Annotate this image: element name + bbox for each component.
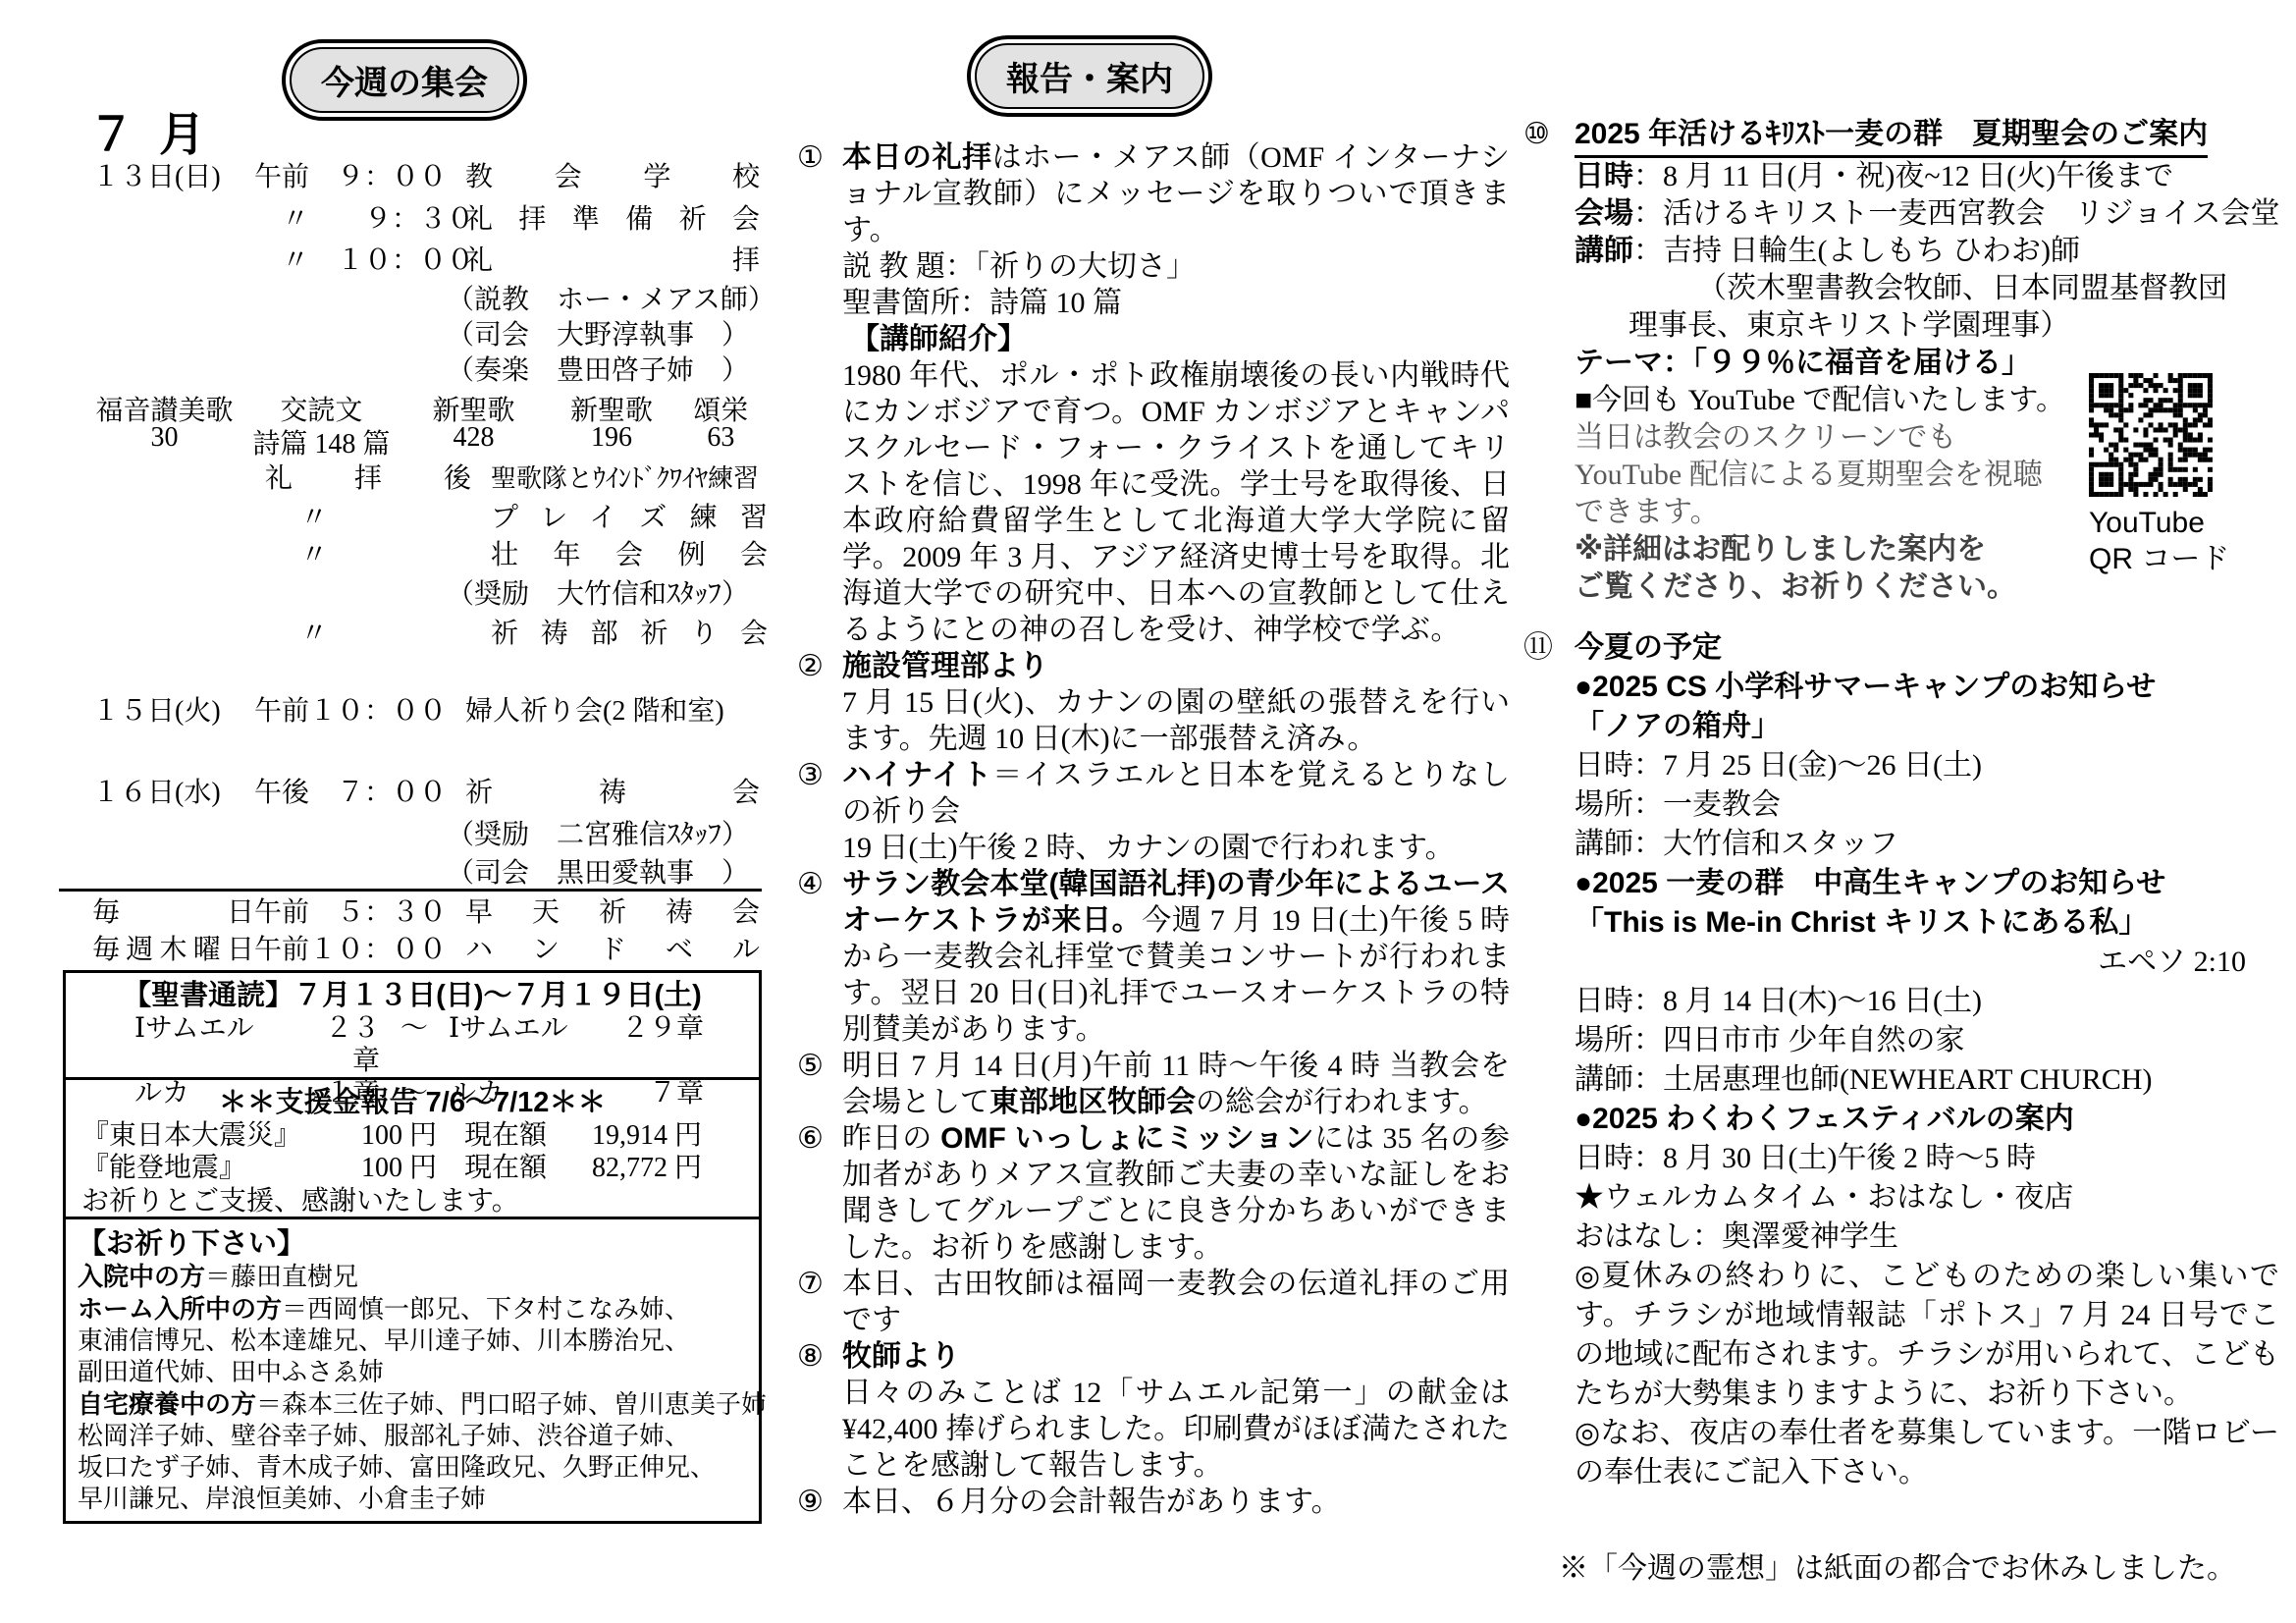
festival-datetime: 日時：8 月 30 日(土)午後 2 時～5 時	[1523, 1139, 2279, 1178]
item-number: ①	[797, 139, 824, 176]
speaker-affiliation-line: 理事長、東京キリスト学園理事）	[1523, 307, 2279, 345]
item-number: ③	[797, 757, 824, 793]
schedule-date	[92, 202, 254, 238]
prayer-category: ホーム入所中の方	[78, 1294, 282, 1324]
summer-plans-section: ⑪ 今夏の予定 ●2025 CS 小学科サマーキャンプのお知らせ 「ノアの箱舟」…	[1523, 628, 2279, 1492]
prayer-line: 早川謙兄、岸浪恒美姉、小倉圭子姉	[78, 1484, 747, 1515]
hymn-number: 詩篇 148 篇	[240, 422, 402, 461]
organist-note: （奏楽 豊田啓子姉 ）	[447, 353, 749, 389]
prayer-category: 入院中の方	[78, 1262, 205, 1291]
youtube-qr-block: YouTube QR コード	[2089, 373, 2266, 577]
bulletin-page: 今週の集会 報告・案内 ７ 月 １３日(日) 午前 ９：００ 教会学校 〃 ９：…	[0, 0, 2296, 1623]
schedule-date: 毎日	[92, 895, 254, 931]
festival-storyteller: おはなし：奥澤愛神学生	[1523, 1217, 2279, 1257]
schedule-event: 教会学校	[465, 160, 760, 195]
after-worship-row: 〃 壮年会例会	[59, 538, 764, 573]
support-report-title: ＊＊支援金報告 7/6～7/12＊＊	[66, 1086, 759, 1119]
report-text: 7 月 15 日(火)、カナンの園の壁紙の張替えを行います。先週 10 日(木)…	[797, 684, 1510, 757]
after-worship-event: 壮年会例会	[491, 538, 768, 573]
report-text: 本日、６月分の会計報告があります。	[842, 1486, 1341, 1518]
festival-volunteer-note: ◎なお、夜店の奉仕者を募集しています。一階ロビーの奉仕表にご記入下さい。	[1523, 1414, 2279, 1492]
schedule-event: 婦人祈り会(2 階和室)	[465, 694, 760, 730]
report-text: 昨日の	[842, 1122, 940, 1155]
reports-badge: 報告・案内	[967, 35, 1212, 117]
schedule-time: 〃 １０：００	[254, 243, 465, 279]
camp-datetime: 日時：7 月 25 日(金)～26 日(土)	[1523, 746, 2279, 785]
report-bold-lead: 東部地区牧師会	[989, 1086, 1196, 1118]
scripture-reference: エペソ 2:10	[1523, 943, 2279, 982]
schedule-detail-row: （奨励 二宮雅信ｽﾀｯﾌ）	[59, 818, 764, 853]
support-row: 『能登地震』 100 円 現在額 82,772 円	[66, 1152, 759, 1184]
report-item-9: ⑨本日、６月分の会計報告があります。	[797, 1484, 1510, 1520]
report-bold-lead: OMF いっしょにミッション	[940, 1122, 1314, 1155]
fund-total-label: 現在額	[437, 1119, 574, 1152]
report-item-4: ④サラン教会本堂(韓国語礼拝)の青少年によるユースオーケストラが来日。今週 7 …	[797, 866, 1510, 1048]
schedule-event: 祈祷会	[465, 776, 760, 811]
prayer-line: 東浦信博兄、松本達雄兄、早川達子姉、川本勝治兄、	[78, 1325, 747, 1357]
report-item-6: ⑥昨日の OMF いっしょにミッションには 35 名の参加者がありメアス宣教師ご…	[797, 1120, 1510, 1266]
camp-speaker: 講師：大竹信和スタッフ	[1523, 825, 2279, 864]
hymn-number: 63	[678, 422, 764, 461]
encourager-note: （奨励 大竹信和ｽﾀｯﾌ）	[447, 577, 749, 613]
prayer-names: 坂口たず子姉、青木成子姉、富田隆政兄、久野正伸兄、	[78, 1453, 716, 1482]
schedule-row: １５日(火) 午前１０：００ 婦人祈り会(2 階和室)	[59, 694, 764, 730]
schedule-time: 午前 ５：３０	[254, 895, 465, 931]
divider-line	[59, 889, 762, 892]
bible-reading-row: Ⅰサムエル ２３章 ～ Ⅰサムエル ２９章	[66, 1012, 759, 1077]
prayer-names: ＝藤田直樹兄	[205, 1263, 358, 1291]
support-row: 『東日本大震災』 100 円 現在額 19,914 円	[66, 1119, 759, 1152]
month-heading: ７ 月	[88, 98, 211, 164]
prayer-line: 坂口たず子姉、青木成子姉、富田隆政兄、久野正伸兄、	[78, 1452, 747, 1484]
fund-total: 19,914 円	[574, 1119, 702, 1152]
qr-caption: QR コード	[2089, 541, 2266, 577]
after-worship-row: 〃 プレイズ練習	[59, 501, 764, 536]
field-value: ：活けるキリスト一麦西宮教会 リジョイス会堂	[1633, 197, 2280, 230]
camp-announcement-title: ●2025 一麦の群 中高生キャンプのお知らせ	[1523, 864, 2279, 903]
ditto-mark: 〃	[294, 538, 334, 573]
schedule-detail-row: （司会 黒田愛執事 ）	[59, 856, 764, 892]
report-item-7: ⑦本日、古田牧師は福岡一麦教会の伝道礼拝のご用です	[797, 1266, 1510, 1338]
camp-announcement-title: ●2025 CS 小学科サマーキャンプのお知らせ	[1523, 668, 2279, 707]
festival-program: ★ウェルカムタイム・おはなし・夜店	[1523, 1178, 2279, 1217]
prayer-line: 松岡洋子姉、壁谷幸子姉、服部礼子姉、渋谷道子姉、	[78, 1421, 747, 1452]
report-text: の総会が行われます。	[1196, 1086, 1488, 1118]
prayer-line: ホーム入所中の方＝西岡慎一郎兄、下タ村こなみ姉、	[78, 1293, 747, 1325]
camp-place: 場所：四日市市 少年自然の家	[1523, 1021, 2279, 1060]
speaker-intro-heading: 【講師紹介】	[797, 321, 1510, 357]
after-worship-event: 聖歌隊とｳｲﾝﾄﾞｸﾜｲﾔ練習	[491, 461, 777, 497]
camp-theme: 「This is Me-in Christ キリストにある私」	[1523, 903, 2279, 943]
festival-description: ◎夏休みの終わりに、こどものための楽しい集いです。チラシが地域情報誌「ポトス」7…	[1523, 1257, 2279, 1414]
after-worship-row: 礼拝後 聖歌隊とｳｲﾝﾄﾞｸﾜｲﾔ練習	[59, 461, 764, 497]
chapter: ２３章	[301, 1012, 380, 1077]
report-item-2: ②施設管理部より	[797, 648, 1510, 684]
prayer-request-box: 【お祈り下さい】 入院中の方＝藤田直樹兄 ホーム入所中の方＝西岡慎一郎兄、下タ村…	[63, 1219, 762, 1524]
speaker-affiliation-line: （茨木聖書教会牧師、日本同盟基督教団	[1523, 270, 2279, 307]
tilde: ～	[380, 1012, 449, 1077]
schedule-time: 午前１０：００	[254, 694, 465, 730]
after-worship-row: 〃 祈祷部祈り会	[59, 617, 764, 652]
fund-total: 82,772 円	[574, 1152, 702, 1184]
schedule-date: 毎週木曜日	[92, 933, 254, 968]
schedule-event: ハンドベル	[465, 933, 760, 968]
schedule-date: １３日(日)	[92, 160, 254, 195]
prayer-line: 副田道代姉、田中ふさゑ姉	[78, 1357, 747, 1388]
report-bold-lead: 施設管理部より	[842, 650, 1048, 682]
camp-speaker: 講師：土居惠理也師(NEWHEART CHURCH)	[1523, 1060, 2279, 1100]
qr-caption: YouTube	[2089, 505, 2266, 541]
festival-announcement-title: ●2025 わくわくフェスティバルの案内	[1523, 1100, 2279, 1139]
item-number: ⑧	[797, 1338, 824, 1375]
item-number: ⑦	[797, 1266, 824, 1302]
report-bold-lead: 本日の礼拝	[842, 141, 992, 174]
hymn-number: 30	[88, 422, 240, 461]
item-number: ④	[797, 866, 824, 902]
scripture-line: 聖書箇所：詩篇 10 篇	[797, 285, 1510, 321]
preacher-note: （説教 ホー・メアス師）	[447, 283, 775, 318]
schedule-row: 毎週木曜日 午前１０：００ ハンドベル	[59, 933, 764, 968]
sermon-title-line: 説 教 題：「祈りの大切さ」	[797, 248, 1510, 285]
schedule-event: 礼拝準備祈会	[465, 202, 760, 238]
after-worship-label: 礼拝後	[265, 461, 471, 497]
report-item-3: ③ハイナイト＝イスラエルと日本を覚えるとりなしの祈り会	[797, 757, 1510, 830]
report-bold-lead: 牧師より	[842, 1340, 960, 1373]
prayer-line: 自宅療養中の方＝森本三佐子姉、門口昭子姉、曽川恵美子姉	[78, 1388, 747, 1421]
schedule-time: 午後 ７：００	[254, 776, 465, 811]
event-datetime-line: 日時：8 月 11 日(月・祝)夜~12 日(火)午後まで	[1523, 158, 2279, 195]
item-number: ⑤	[797, 1048, 824, 1084]
reports-column: ①本日の礼拝はホー・メアス師（OMF インターナショナル宣教師）にメッセージを取…	[797, 139, 1510, 1520]
prayer-names: 早川謙兄、岸浪恒美姉、小倉圭子姉	[78, 1485, 486, 1513]
fund-name: 『能登地震』	[81, 1152, 327, 1184]
schedule-row: 〃 ９：３０ 礼拝準備祈会	[59, 202, 764, 238]
report-item-5: ⑤明日 7 月 14 日(月)午前 11 時～午後 4 時 当教会を会場として東…	[797, 1048, 1510, 1120]
report-text: 日々のみことば 12「サムエル記第一」の献金は ¥42,400 捧げられました。…	[797, 1375, 1510, 1484]
book-name: Ⅰサムエル	[449, 1012, 615, 1077]
schedule-row: 毎日 午前 ５：３０ 早天祈祷会	[59, 895, 764, 931]
chapter: ２９章	[615, 1012, 704, 1077]
report-item-8: ⑧牧師より	[797, 1338, 1510, 1375]
schedule-detail-row: （奨励 大竹信和ｽﾀｯﾌ）	[59, 577, 764, 613]
section-title-line: ⑪ 今夏の予定	[1523, 628, 2279, 668]
item-number: ⑨	[797, 1484, 824, 1520]
item-number: ⑩	[1523, 116, 1550, 153]
support-report-box: ＊＊支援金報告 7/6～7/12＊＊ 『東日本大震災』 100 円 現在額 19…	[63, 1080, 762, 1219]
hymn-number: 196	[545, 422, 678, 461]
reports-badge-label: 報告・案内	[975, 43, 1204, 109]
camp-datetime: 日時：8 月 14 日(木)～16 日(土)	[1523, 982, 2279, 1021]
ditto-mark: 〃	[294, 617, 334, 652]
chair-note: （司会 大野淳執事 ）	[447, 318, 749, 353]
item-number: ⑪	[1523, 628, 1553, 668]
field-value: ：8 月 11 日(月・祝)夜~12 日(火)午後まで	[1633, 160, 2173, 192]
report-text: 本日、古田牧師は福岡一麦教会の伝道礼拝のご用です	[842, 1268, 1510, 1336]
schedule-event: 早天祈祷会	[465, 895, 760, 931]
camp-theme: 「ノアの箱舟」	[1523, 707, 2279, 746]
schedule-row: １６日(水) 午後 ７：００ 祈祷会	[59, 776, 764, 811]
fund-amount: 100 円	[327, 1119, 437, 1152]
event-venue-line: 会場：活けるキリスト一麦西宮教会 リジョイス会堂	[1523, 195, 2279, 233]
announcement-title-line: ⑩ 2025 年活けるｷﾘｽﾄ一麦の群 夏期聖会のご案内	[1523, 116, 2279, 158]
announcement-title: 2025 年活けるｷﾘｽﾄ一麦の群 夏期聖会のご案内	[1575, 116, 2208, 158]
event-speaker-line: 講師：吉持 日輪生(よしもち ひわお)師	[1523, 233, 2279, 270]
schedule-event: 礼拝	[465, 243, 760, 279]
schedule-time: 午前 ９：００	[254, 160, 465, 195]
after-worship-event: プレイズ練習	[491, 501, 768, 536]
report-bold-lead: ハイナイト	[842, 759, 992, 791]
support-thanks-note: お祈りとご支援、感謝いたします。	[66, 1184, 759, 1219]
book-name: Ⅰサムエル	[134, 1012, 301, 1077]
footer-note: ※「今週の霊想」は紙面の都合でお休みしました。	[1559, 1543, 2236, 1587]
bible-reading-title: 【聖書通読】７月１３日(日)～７月１９日(土)	[66, 979, 759, 1012]
schedule-detail-row: （奏楽 豊田啓子姉 ）	[59, 353, 764, 389]
hymn-value-row: 30 詩篇 148 篇 428 196 63	[59, 422, 764, 461]
ditto-mark: 〃	[294, 501, 334, 536]
schedule-time: 〃 ９：３０	[254, 202, 465, 238]
speaker-bio: 1980 年代、ポル・ポト政権崩壊後の長い内戦時代にカンボジアで育つ。OMF カ…	[797, 357, 1510, 648]
youtube-qr-code	[2089, 373, 2213, 497]
prayer-line: 入院中の方＝藤田直樹兄	[78, 1261, 747, 1293]
schedule-date: １６日(水)	[92, 776, 254, 811]
report-item-1: ①本日の礼拝はホー・メアス師（OMF インターナショナル宣教師）にメッセージを取…	[797, 139, 1510, 248]
field-label: 日時	[1575, 160, 1633, 192]
prayer-box-title: 【お祈り下さい】	[78, 1227, 747, 1261]
item-number: ⑥	[797, 1120, 824, 1157]
encourager-note: （奨励 二宮雅信ｽﾀｯﾌ）	[447, 818, 749, 853]
report-text: 19 日(土)午後 2 時、カナンの園で行われます。	[797, 830, 1510, 866]
prayer-names: 副田道代姉、田中ふさゑ姉	[78, 1358, 384, 1386]
bible-reading-box: 【聖書通読】７月１３日(日)～７月１９日(土) Ⅰサムエル ２３章 ～ Ⅰサムエ…	[63, 970, 762, 1080]
section-title: 今夏の予定	[1575, 631, 1722, 664]
hymn-number: 428	[402, 422, 545, 461]
prayer-names: ＝森本三佐子姉、門口昭子姉、曽川恵美子姉	[256, 1390, 767, 1419]
schedule-time: 午前１０：００	[254, 933, 465, 968]
chair-note: （司会 黒田愛執事 ）	[447, 856, 749, 892]
prayer-names: ＝西岡慎一郎兄、下タ村こなみ姉、	[282, 1295, 690, 1324]
schedule-row: １３日(日) 午前 ９：００ 教会学校	[59, 160, 764, 195]
schedule-detail-row: （説教 ホー・メアス師）	[59, 283, 764, 318]
fund-amount: 100 円	[327, 1152, 437, 1184]
weekly-meetings-badge-label: 今週の集会	[290, 47, 519, 113]
weekly-meetings-badge: 今週の集会	[282, 39, 527, 121]
schedule-date	[92, 243, 254, 279]
schedule-detail-row: （司会 大野淳執事 ）	[59, 318, 764, 353]
schedule-date: １５日(火)	[92, 694, 254, 730]
field-label: 講師	[1575, 235, 1633, 267]
camp-place: 場所：一麦教会	[1523, 785, 2279, 825]
fund-total-label: 現在額	[437, 1152, 574, 1184]
fund-name: 『東日本大震災』	[81, 1119, 327, 1152]
after-worship-event: 祈祷部祈り会	[491, 617, 768, 652]
field-label: 会場	[1575, 197, 1633, 230]
field-value: ：吉持 日輪生(よしもち ひわお)師	[1633, 235, 2080, 267]
prayer-names: 東浦信博兄、松本達雄兄、早川達子姉、川本勝治兄、	[78, 1326, 690, 1355]
schedule-row: 〃 １０：００ 礼拝	[59, 243, 764, 279]
prayer-names: 松岡洋子姉、壁谷幸子姉、服部礼子姉、渋谷道子姉、	[78, 1422, 690, 1450]
prayer-category: 自宅療養中の方	[78, 1389, 256, 1419]
item-number: ②	[797, 648, 824, 684]
